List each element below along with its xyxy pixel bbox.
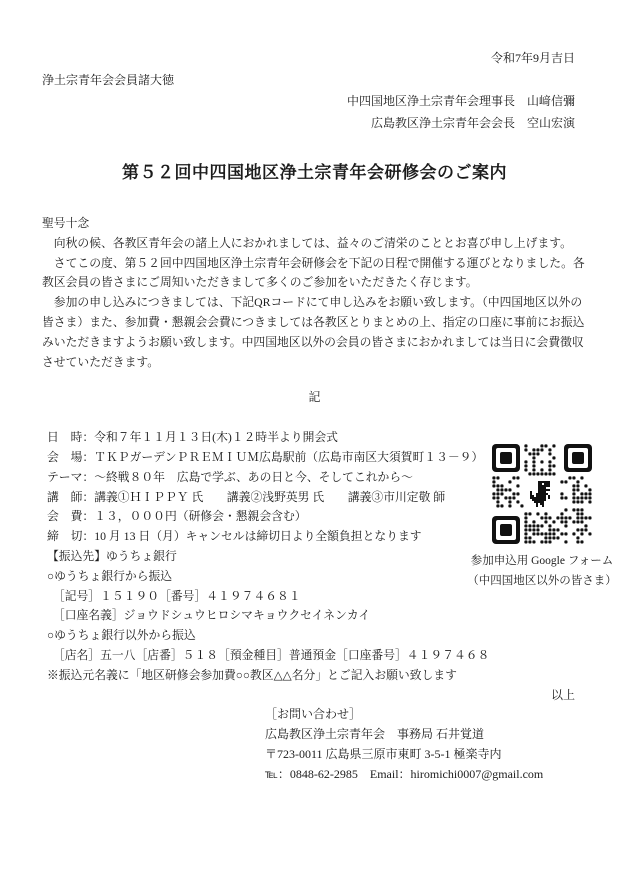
transfer-branch-account: ［店名］五一八［店番］５１８［預金種目］普通預金［口座番号］４１９７４６８ (47, 646, 587, 666)
letter-page: 令和7年9月吉日 浄土宗青年会会員諸大徳 中四国地区浄土宗青年会理事長 山﨑信彌… (0, 0, 622, 874)
transfer-account-name: ［口座名義］ジョウドシュウヒロシマキョウクセイネンカイ (47, 606, 587, 626)
contact-org: 広島教区浄土宗青年会 事務局 石井覚道 (265, 725, 587, 745)
contact-heading: ［お問い合わせ］ (265, 705, 587, 725)
closing-ijou: 以上 (42, 686, 575, 706)
qr-code (492, 444, 592, 544)
letter-body: 聖号十念 向秋の候、各教区青年会の諸上人におかれましては、益々のご清栄のこととお… (42, 214, 587, 372)
record-marker: 記 (42, 388, 587, 408)
addressee: 浄土宗青年会会員諸大徳 (42, 70, 587, 92)
contact-block: ［お問い合わせ］ 広島教区浄土宗青年会 事務局 石井覚道 〒723-0011 広… (265, 705, 587, 784)
paragraph-application: 参加の申し込みにつきましては、下記QRコードにて申し込みをお願い致します。（中四… (42, 293, 587, 372)
contact-tel-email: ℡：0848-62-2985 Email：hiromichi0007@gmail… (265, 765, 587, 785)
paragraph-announcement: さてこの度、第５２回中四国地区浄土宗青年会研修会を下記の日程で開催する運びとなり… (42, 254, 587, 294)
sender-chairman: 中四国地区浄土宗青年会理事長 山﨑信彌 (42, 91, 575, 113)
qr-caption-line2: （中四国地区以外の皆さま） (452, 571, 622, 591)
letter-title: 第５２回中四国地区浄土宗青年会研修会のご案内 (42, 160, 587, 186)
transfer-note: ※振込元名義に「地区研修会参加費○○教区△△名分」とご記入お願い致します (47, 666, 587, 686)
qr-caption-line1: 参加申込用 Google フォーム (452, 551, 622, 571)
transfer-from-other: ○ゆうちょ銀行以外から振込 (47, 626, 587, 646)
sender-president: 広島教区浄土宗青年会会長 空山宏演 (42, 113, 575, 135)
application-qr-block: 参加申込用 Google フォーム （中四国地区以外の皆さま） (452, 444, 622, 591)
paragraph-greeting: 向秋の候、各教区青年会の諸上人におかれましては、益々のご清栄のこととお喜び申し上… (42, 234, 587, 254)
contact-address: 〒723-0011 広島県三原市東町 3-5-1 極楽寺内 (265, 745, 587, 765)
salutation: 聖号十念 (42, 214, 587, 234)
issue-date: 令和7年9月吉日 (42, 48, 575, 70)
